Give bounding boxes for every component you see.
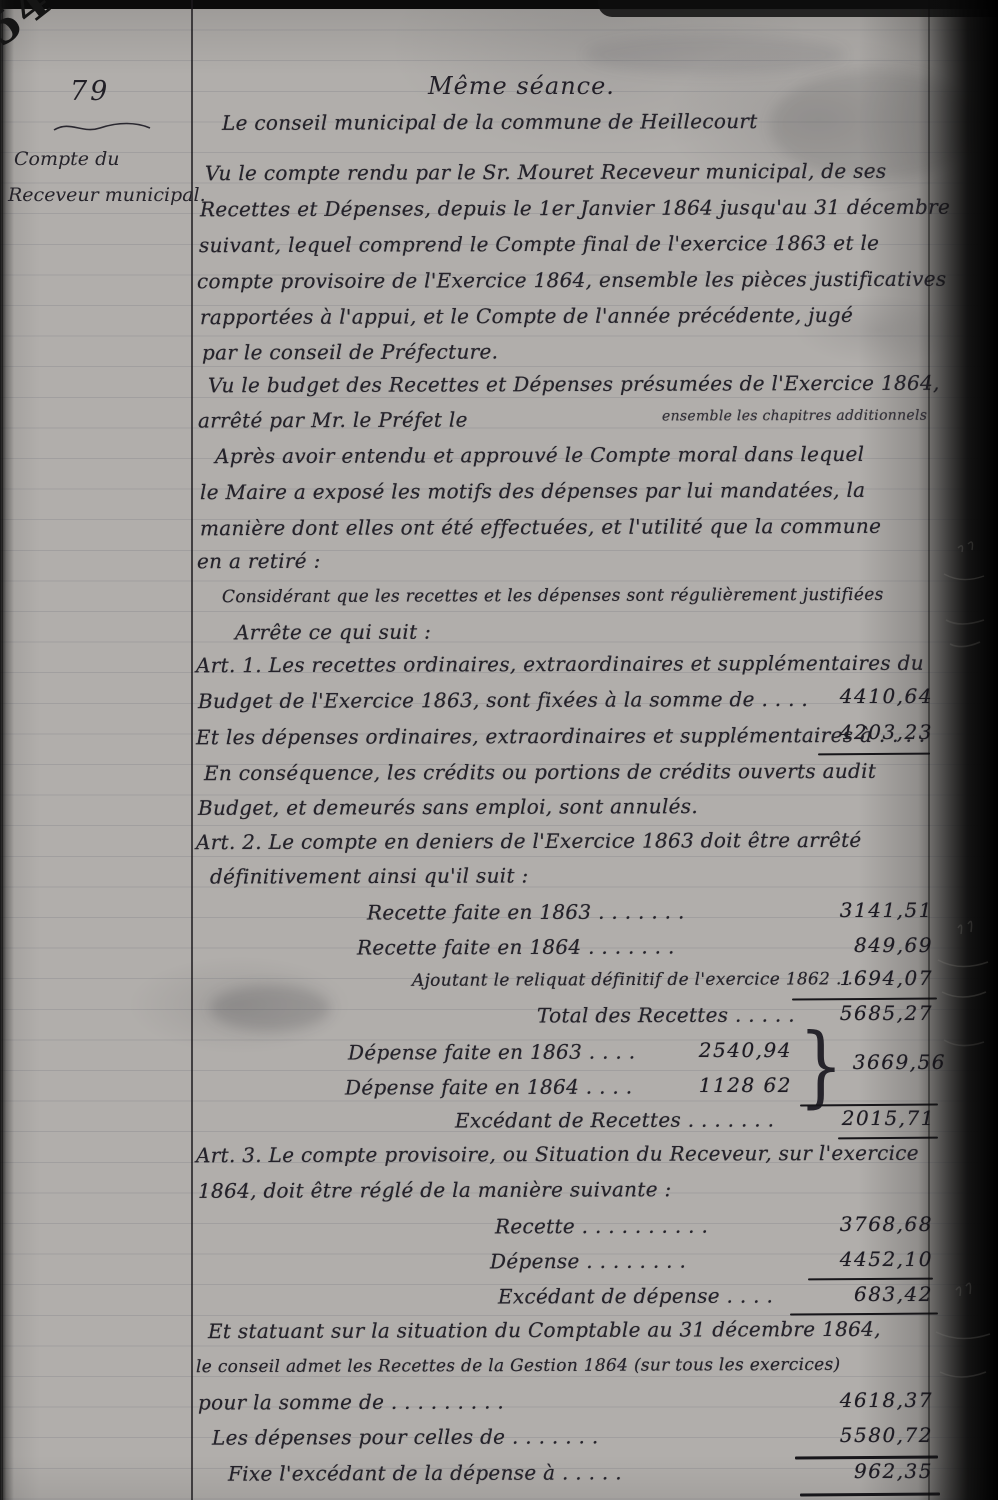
ruled-lines	[0, 0, 998, 1500]
amount-value: 4203,23	[805, 720, 933, 744]
manuscript-line: Art. 1. Les recettes ordinaires, extraor…	[196, 651, 924, 678]
margin-note-line2: Receveur municipal.	[8, 184, 206, 206]
manuscript-page: 54 79 Compte du Receveur municipal. Même…	[0, 0, 998, 1500]
amount-value: 1128 62	[688, 1073, 792, 1097]
folio-number: 79	[70, 76, 110, 107]
manuscript-line: arrêté par Mr. le Préfet le	[198, 408, 468, 433]
manuscript-line: Art. 3. Le compte provisoire, ou Situati…	[196, 1141, 919, 1168]
manuscript-line: rapportées à l'appui, et le Compte de l'…	[200, 303, 853, 329]
manuscript-line: En conséquence, les crédits ou portions …	[204, 759, 876, 785]
manuscript-line: Dépense . . . . . . . .	[490, 1249, 686, 1274]
bleed-through-shadow	[585, 35, 845, 75]
manuscript-line: le Maire a exposé les motifs des dépense…	[200, 478, 865, 504]
manuscript-line: Art. 2. Le compte en deniers de l'Exerci…	[196, 828, 862, 854]
gutter-ghost-writing	[932, 1280, 992, 1420]
manuscript-line: Excédant de dépense . . . .	[498, 1284, 773, 1309]
amount-value: 3768,68	[805, 1212, 933, 1236]
manuscript-line: 1864, doit être réglé de la manière suiv…	[198, 1177, 672, 1203]
ink-smudge	[210, 985, 330, 1031]
manuscript-line: définitivement ainsi qu'il suit :	[210, 863, 529, 888]
gutter-ghost-writing	[936, 920, 991, 1080]
manuscript-line: Excédant de Recettes . . . . . . .	[455, 1107, 774, 1132]
manuscript-line: Recettes et Dépenses, depuis le 1er Janv…	[200, 195, 950, 222]
amount-value: 4452,10	[805, 1247, 933, 1271]
manuscript-line: par le conseil de Préfecture.	[202, 339, 498, 364]
manuscript-line: Ajoutant le reliquat définitif de l'exer…	[412, 969, 853, 991]
amount-value: 5580,72	[805, 1423, 933, 1447]
amount-value: 849,69	[805, 933, 933, 957]
manuscript-line: Fixe l'excédant de la dépense à . . . . …	[228, 1460, 622, 1485]
manuscript-line: en a retiré :	[197, 549, 321, 573]
manuscript-line: Le conseil municipal de la commune de He…	[222, 109, 758, 135]
manuscript-line: le conseil admet les Recettes de la Gest…	[196, 1355, 841, 1377]
manuscript-line: Et statuant sur la situation du Comptabl…	[208, 1317, 881, 1343]
manuscript-line: Recette faite en 1864 . . . . . . .	[357, 934, 675, 959]
amount-value: 1694,07	[805, 966, 933, 990]
amount-value: 4618,37	[805, 1388, 933, 1412]
margin-rule-line	[191, 0, 193, 1500]
manuscript-line: Budget, et demeurés sans emploi, sont an…	[198, 794, 698, 820]
page-fold-line	[928, 0, 930, 1500]
amount-value: 2540,94	[688, 1038, 792, 1062]
margin-note-line1: Compte du	[14, 148, 119, 170]
gutter-ghost-writing	[940, 540, 990, 660]
manuscript-line: pour la somme de . . . . . . . . .	[198, 1389, 504, 1414]
manuscript-line: suivant, lequel comprend le Compte final…	[199, 231, 879, 257]
manuscript-line: manière dont elles ont été effectuées, e…	[200, 514, 881, 540]
manuscript-line: Total des Recettes . . . . .	[537, 1003, 795, 1028]
left-edge-line	[2, 0, 3, 1500]
amount-value: 962,35	[805, 1459, 933, 1483]
manuscript-line: compte provisoire de l'Exercice 1864, en…	[197, 267, 947, 294]
manuscript-line: Considérant que les recettes et les dépe…	[222, 585, 884, 607]
amount-value: 3141,51	[805, 898, 933, 922]
book-gutter	[918, 0, 998, 1500]
manuscript-line: Budget de l'Exercice 1863, sont fixées à…	[198, 687, 808, 713]
manuscript-line: Les dépenses pour celles de . . . . . . …	[212, 1424, 599, 1449]
manuscript-line: Dépense faite en 1864 . . . .	[345, 1074, 632, 1099]
amount-value: 4410,64	[805, 684, 933, 708]
manuscript-line: Dépense faite en 1863 . . . .	[348, 1039, 635, 1064]
amount-value: 2015,71	[810, 1106, 935, 1130]
manuscript-line: Vu le compte rendu par le Sr. Mouret Rec…	[205, 159, 887, 185]
manuscript-line: Après avoir entendu et approuvé le Compt…	[215, 442, 864, 468]
amount-value: 683,42	[805, 1282, 933, 1306]
manuscript-line: Arrête ce qui suit :	[235, 620, 431, 645]
manuscript-line: Recette faite en 1863 . . . . . . .	[367, 899, 685, 924]
manuscript-line: Recette . . . . . . . . . .	[495, 1214, 708, 1239]
folio-flourish	[52, 118, 152, 138]
section-heading: Même séance.	[428, 72, 615, 100]
manuscript-line: Vu le budget des Recettes et Dépenses pr…	[208, 371, 940, 398]
marginal-addition-note: ensemble les chapitres additionnels	[662, 408, 927, 425]
